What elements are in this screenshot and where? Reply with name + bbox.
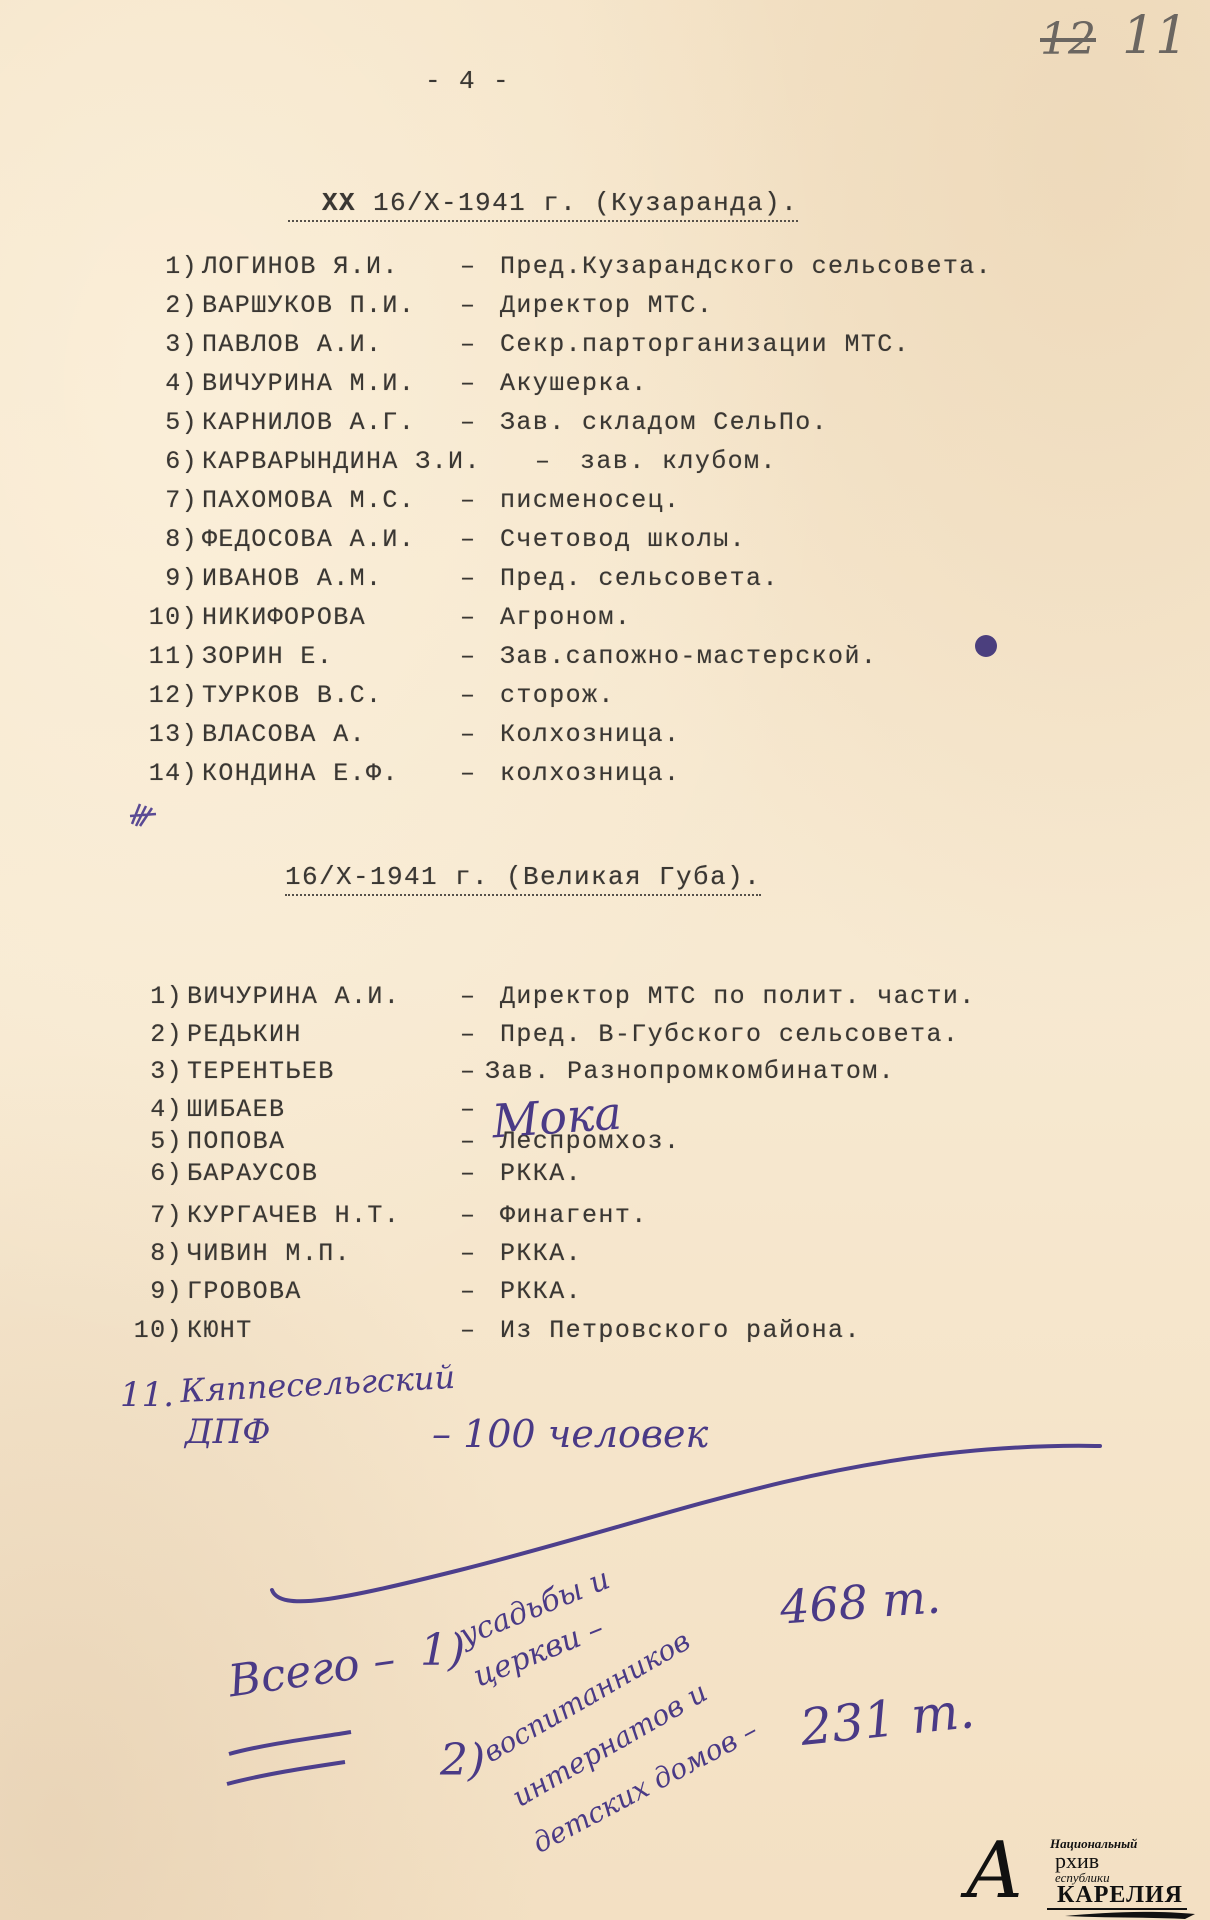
list-item: 5)КАРНИЛОВ А.Г.–Зав. складом СельПо.: [140, 406, 198, 440]
handwritten-item11-line2: ДПФ: [185, 1412, 271, 1452]
handwritten-total2-value: 231 т.: [797, 1681, 977, 1757]
section1-heading: ХХ 16/Х-1941 г. (Кузаранда).: [288, 158, 798, 222]
list-item: 6)БАРАУСОВ–РККА.: [125, 1157, 183, 1191]
list-item: 1)ЛОГИНОВ Я.И.–Пред.Кузарандского сельсо…: [140, 250, 198, 284]
list-item: 8)ЧИВИН М.П.–РККА.: [125, 1237, 183, 1271]
list-item: 13)ВЛАСОВА А.–Колхозница.: [140, 718, 198, 752]
list-item: 14)КОНДИНА Е.Ф.–колхозница.: [140, 757, 198, 791]
list-item: 3)ТЕРЕНТЬЕВ–Зав. Разнопромкомбинатом.: [125, 1055, 183, 1089]
folio-current-number: 11: [1122, 6, 1188, 66]
ink-blot: [975, 635, 997, 657]
quill-icon: [1065, 1910, 1195, 1920]
handwritten-overwrite: Мока: [490, 1086, 623, 1149]
list-item: 9)ГРОВОВА–РККА.: [125, 1275, 183, 1309]
archive-logo: А Национальный рхив еспублики КАРЕЛИЯ: [965, 1832, 1195, 1917]
list-item: 6)КАРВАРЫНДИНА З.И.–зав. клубом.: [140, 445, 198, 479]
list-item: 8)ФЕДОСОВА А.И.–Счетовод школы.: [140, 523, 198, 557]
list-item: 1)ВИЧУРИНА А.И.–Директор МТС по полит. ч…: [125, 980, 183, 1014]
pen-underline-stroke: [260, 1440, 1120, 1610]
list-item: 11)ЗОРИН Е.–Зав.сапожно-мастерской.: [140, 640, 198, 674]
logo-monogram: А: [965, 1826, 1024, 1916]
list-item: 9)ИВАНОВ А.М.–Пред. сельсовета.: [140, 562, 198, 596]
handwritten-item11-number: 11.: [120, 1375, 174, 1415]
list-item: 7)ПАХОМОВА М.С.–писменосец.: [140, 484, 198, 518]
list-item: 12)ТУРКОВ В.С.–сторож.: [140, 679, 198, 713]
pen-scribble-mark: [128, 800, 158, 828]
logo-line4: КАРЕЛИЯ: [1057, 1882, 1183, 1909]
list-item: 10)КЮНТ–Из Петровского района.: [110, 1314, 183, 1348]
list-item: 4)ВИЧУРИНА М.И.–Акушерка.: [140, 367, 198, 401]
section2-heading: 16/Х-1941 г. (Великая Губа).: [285, 862, 761, 896]
list-item: 10)НИКИФОРОВА–Агроном.: [140, 601, 198, 635]
list-item: 4)ШИБАЕВ–: [125, 1093, 183, 1127]
page-number: - 4 -: [425, 66, 510, 96]
list-item: 2)ВАРШУКОВ П.И.–Директор МТС.: [140, 289, 198, 323]
list-item: 2)РЕДЬКИН–Пред. В-Губского сельсовета.: [125, 1018, 183, 1052]
list-item: 3)ПАВЛОВ А.И.–Секр.парторганизации МТС.: [140, 328, 198, 362]
list-item: 5)ПОПОВА–Леспромхоз.: [125, 1125, 183, 1159]
double-underline: [225, 1730, 355, 1790]
folio-crossed-number: 12: [1040, 14, 1096, 65]
list-item: 7)КУРГАЧЕВ Н.Т.–Финагент.: [125, 1199, 183, 1233]
handwritten-item11-line1: Кяппесельгский: [179, 1358, 456, 1410]
handwritten-total-label: Всего –: [225, 1634, 398, 1708]
handwritten-total1-value: 468 т.: [778, 1569, 942, 1634]
